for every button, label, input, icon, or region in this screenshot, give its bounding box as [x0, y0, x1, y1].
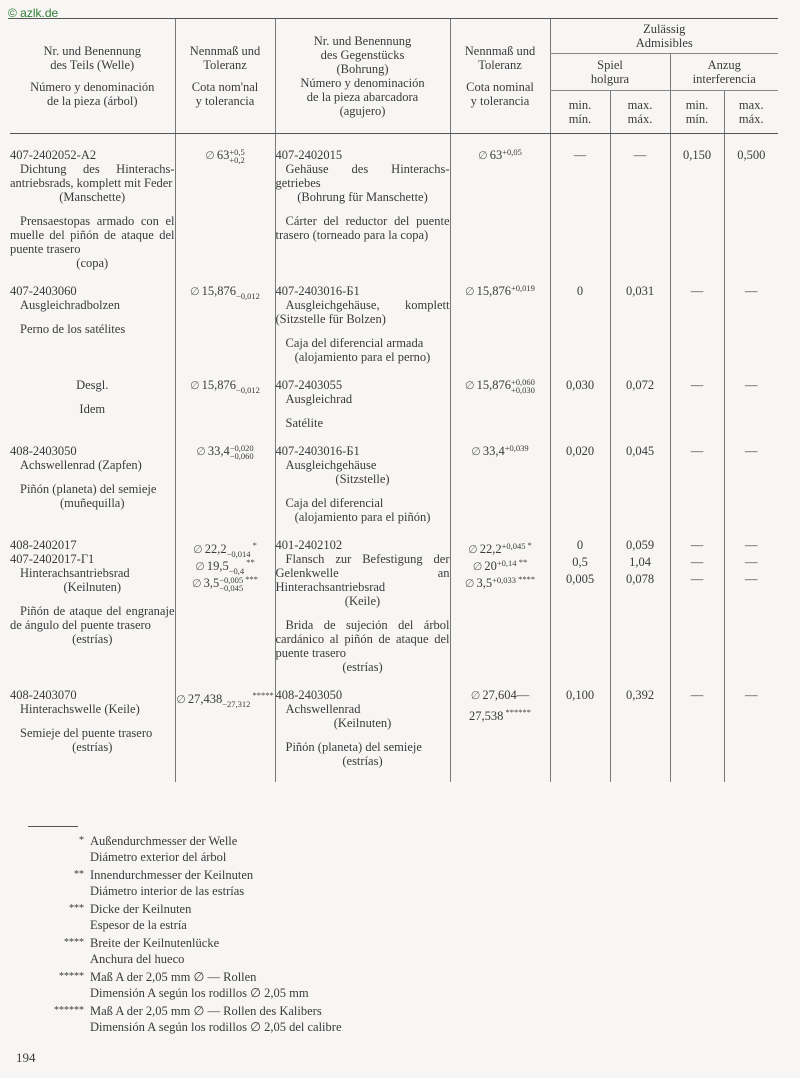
diameter-icon: ∅: [190, 285, 200, 298]
dimension: ∅63+0,5+0,2: [176, 148, 275, 165]
counterpart-cell: 401-2402102Flansch zur Befestigung der G…: [275, 538, 450, 674]
footnote-de: Außendurchmesser der Welle: [90, 833, 237, 849]
interference-max: —: [724, 688, 778, 768]
spacer: [10, 392, 175, 402]
clearance-min: 0: [550, 284, 610, 364]
description-es-note: (estrías): [10, 740, 175, 754]
footnote-mark: *: [526, 540, 532, 550]
clearance-min: 0,030: [550, 378, 610, 430]
tolerance-lower: [511, 292, 535, 300]
hole-dimension-cell: ∅15,876+0,060+0,030: [450, 378, 550, 430]
clearance-max: 0,392: [610, 688, 670, 768]
nominal-value: 27,604—: [482, 688, 529, 702]
description-es: Prensaestopas armado con el muelle del p…: [10, 214, 175, 256]
diameter-icon: ∅: [205, 149, 215, 162]
interference-max-value: —: [725, 538, 779, 555]
hole-dimension-cell: ∅33,4+0,039: [450, 444, 550, 524]
header-nominal-shaft: Nennmaß undToleranz Cota nom'naly tolera…: [175, 19, 275, 134]
footnote-text: Dicke der KeilnutenEspesor de la estría: [90, 901, 191, 933]
description-es-note: (muñequilla): [10, 496, 175, 510]
tolerance-lower: [502, 156, 522, 164]
clearance-max-value: —: [611, 148, 670, 165]
interference-max-value: 0,500: [725, 148, 779, 165]
description-es: Caja del diferencial armada: [276, 336, 450, 350]
nominal-value: 33,4: [208, 444, 230, 458]
fit-tolerance-table: Nr. und Benennungdes Teils (Welle) Númer…: [10, 18, 778, 782]
shaft-dimension-cell: ∅63+0,5+0,2: [175, 148, 275, 270]
description-es: Piñón (planeta) del semieje: [276, 740, 450, 754]
hole-dimension-cell: ∅15,876+0,019: [450, 284, 550, 364]
dimension: ∅20+0,14 **: [451, 555, 550, 572]
part-cell: 408-2402017407-2402017-Г1Hinterachsantri…: [10, 538, 175, 674]
tolerance: +0,019: [511, 284, 535, 300]
clearance-min-value: 0,005: [551, 572, 610, 589]
dimension: ∅27,438 −27,312 *****: [176, 688, 275, 705]
header-permissible: ZulässigAdmisibles: [550, 19, 778, 54]
interference-max-value: —: [725, 284, 779, 301]
header-counterpart: Nr. und Benennungdes Gegenstücks(Bohrung…: [275, 19, 450, 134]
footnote-mark: ******: [503, 707, 531, 717]
tolerance-lower: −0,012: [236, 386, 260, 394]
nominal-value: 63: [490, 148, 503, 162]
description-es-note: (alojamiento para el perno): [276, 350, 450, 364]
clearance-min: 0,100: [550, 688, 610, 768]
interference-min: ———: [670, 538, 724, 674]
tolerance: +0,033: [492, 576, 516, 592]
interference-min-value: —: [671, 284, 724, 301]
dimension: ∅3,5+0,033 ****: [451, 572, 550, 589]
table-row: 408-2403070Hinterachswelle (Keile)Semiej…: [10, 688, 778, 768]
diameter-icon: ∅: [465, 285, 475, 298]
header-nominal-hole: Nennmaß undToleranz Cota nominaly tolera…: [450, 19, 550, 134]
interference-max-value: —: [725, 444, 779, 461]
interference-min-value: —: [671, 688, 724, 705]
dimension: ∅15,876+0,019: [451, 284, 550, 301]
footnote-mark: *****: [250, 690, 273, 700]
dimension: ∅19,5 −0,4 **: [176, 555, 275, 572]
clearance-min-value: —: [551, 148, 610, 165]
counterpart-cell: 407-2403016-Б1Ausgleichgehäuse(Sitzstell…: [275, 444, 450, 524]
clearance-max: 0,045: [610, 444, 670, 524]
shaft-dimension-cell: ∅22,2 −0,014 *∅19,5 −0,4 **∅3,5−0,005−0,…: [175, 538, 275, 674]
shaft-dimension-cell: ∅27,438 −27,312 *****: [175, 688, 275, 768]
interference-max: —: [724, 284, 778, 364]
footnote-es: Diámetro exterior del árbol: [90, 849, 237, 865]
spacer: [10, 472, 175, 482]
clearance-max-value: 0,031: [611, 284, 670, 301]
tolerance: −0,012: [236, 378, 260, 394]
description-es: Piñón de ataque del engranaje de ángulo …: [10, 604, 175, 632]
part-number: 407-2402015: [276, 148, 450, 162]
interference-max: ———: [724, 538, 778, 674]
clearance-min-value: 0: [551, 284, 610, 301]
interference-min-value: —: [671, 572, 724, 589]
header-clearance: Spielholgura: [550, 54, 670, 91]
clearance-max: 0,031: [610, 284, 670, 364]
dimension-continued: 27,538 ******: [451, 705, 550, 722]
clearance-min-value: 0: [551, 538, 610, 555]
table-row: 407-2403060AusgleichradbolzenPerno de lo…: [10, 284, 778, 364]
nominal-value: 15,876: [477, 378, 511, 392]
tolerance: +0,060+0,030: [511, 378, 535, 394]
description-de-note: (Sitzstelle): [276, 472, 450, 486]
interference-min: 0,150: [670, 148, 724, 270]
spacer: [276, 486, 450, 496]
interference-min: —: [670, 378, 724, 430]
diameter-icon: ∅: [471, 445, 481, 458]
description-de: Ausgleichgehäuse, komplett (Sitzstelle f…: [276, 298, 450, 326]
footnote-es: Espesor de la estría: [90, 917, 191, 933]
footnote-mark: ***: [40, 901, 90, 933]
footnote-es: Dimensión A según los rodillos ∅ 2,05 mm: [90, 985, 309, 1001]
tolerance-lower: −0,045: [219, 584, 243, 592]
description-es: Satélite: [276, 416, 450, 430]
part-number: 407-2403060: [10, 284, 175, 298]
table-header: Nr. und Benennungdes Teils (Welle) Númer…: [10, 19, 778, 134]
part-number: 407-2403016-Б1: [276, 444, 450, 458]
dimension: ∅15,876 −0,012: [176, 378, 275, 395]
footnote-mark: **: [244, 557, 255, 567]
footnote-text: Maß A der 2,05 mm ∅ — Rollen des Kaliber…: [90, 1003, 342, 1035]
nominal-value: 15,876: [477, 284, 511, 298]
footnote-de: Maß A der 2,05 mm ∅ — Rollen: [90, 969, 309, 985]
part-number: 408-2403050: [10, 444, 175, 458]
footnote-es: Dimensión A según los rodillos ∅ 2,05 de…: [90, 1019, 342, 1035]
footnote: **Innendurchmesser der KeilnutenDiámetro…: [40, 867, 342, 899]
footnote-mark: ***: [243, 574, 258, 584]
description-es: Semieje del puente trasero: [10, 726, 175, 740]
description-de: Ausgleichradbolzen: [10, 298, 175, 312]
header-clearance-max: max.máx.: [610, 91, 670, 134]
spacer: [276, 608, 450, 618]
tolerance-lower: [505, 452, 529, 460]
shaft-dimension-cell: ∅15,876 −0,012: [175, 378, 275, 430]
part-number: 407-2403055: [276, 378, 450, 392]
footnote-mark: **: [517, 557, 528, 567]
interference-max: —: [724, 378, 778, 430]
description-es-note: (alojamiento para el piñón): [276, 510, 450, 524]
tolerance-upper: +0,019: [511, 284, 535, 292]
spacer: [276, 406, 450, 416]
nominal-value: 15,876: [202, 378, 236, 392]
description-de: Hinterachswelle (Keile): [10, 702, 175, 716]
dimension: ∅15,876 −0,012: [176, 284, 275, 301]
clearance-min-value: 0,030: [551, 378, 610, 395]
interference-max: 0,500: [724, 148, 778, 270]
hole-dimension-cell: ∅22,2+0,045 *∅20+0,14 **∅3,5+0,033 ****: [450, 538, 550, 674]
part-number: 407-2402052-A2: [10, 148, 175, 162]
header-clearance-min: min.mín.: [550, 91, 610, 134]
tolerance: −0,012: [236, 284, 260, 300]
footnote-es: Anchura del hueco: [90, 951, 219, 967]
part-cell: 408-2403070Hinterachswelle (Keile)Semiej…: [10, 688, 175, 768]
spacer: [10, 204, 175, 214]
tolerance-lower: [492, 584, 516, 592]
spacer: [10, 312, 175, 322]
tolerance-lower: +0,2: [229, 156, 244, 164]
footnotes: *Außendurchmesser der WelleDiámetro exte…: [40, 826, 342, 1037]
clearance-min: 00,50,005: [550, 538, 610, 674]
dimension: ∅22,2+0,045 *: [451, 538, 550, 555]
description-es-note: (copa): [10, 256, 175, 270]
interference-max-value: —: [725, 688, 779, 705]
table-row: 408-2403050Achswellenrad (Zapfen)Piñón (…: [10, 444, 778, 524]
description-de: Gehäuse des Hinterachs-getriebes: [276, 162, 450, 190]
part-cell: Desgl.Idem: [10, 378, 175, 430]
diameter-icon: ∅: [190, 379, 200, 392]
tolerance: +0,05: [502, 148, 522, 164]
description-de: Achswellenrad (Zapfen): [10, 458, 175, 472]
description-de-note: (Keilnuten): [10, 580, 175, 594]
tolerance: +0,5+0,2: [229, 148, 244, 164]
part-number: 407-2402017-Г1: [10, 552, 175, 566]
footnote-mark: **: [40, 867, 90, 899]
clearance-max: —: [610, 148, 670, 270]
clearance-max-value: 0,072: [611, 378, 670, 395]
clearance-max-value: 0,059: [611, 538, 670, 555]
tolerance-upper: +0,045: [502, 542, 526, 550]
spacer: [276, 326, 450, 336]
footnote-text: Innendurchmesser der KeilnutenDiámetro i…: [90, 867, 253, 899]
footnote-mark: ****: [516, 574, 535, 584]
tolerance-lower: −0,060: [230, 452, 254, 460]
counterpart-cell: 407-2403055AusgleichradSatélite: [275, 378, 450, 430]
hole-dimension-cell: ∅63+0,05: [450, 148, 550, 270]
description-es: Caja del diferencial: [276, 496, 450, 510]
dimension: ∅63+0,05: [451, 148, 550, 165]
dimension: ∅3,5−0,005−0,045 ***: [176, 572, 275, 589]
nominal-value: 3,5: [476, 576, 492, 590]
clearance-min-value: 0,100: [551, 688, 610, 705]
dimension: ∅27,604—: [451, 688, 550, 705]
dimension: ∅33,4+0,039: [451, 444, 550, 461]
footnote-mark: ******: [40, 1003, 90, 1035]
clearance-min-value: 0,020: [551, 444, 610, 461]
diameter-icon: ∅: [465, 577, 475, 590]
diameter-icon: ∅: [196, 445, 206, 458]
clearance-min-value: 0,5: [551, 555, 610, 572]
part-number: 407-2403016-Б1: [276, 284, 450, 298]
part-cell: 408-2403050Achswellenrad (Zapfen)Piñón (…: [10, 444, 175, 524]
dimension: ∅22,2 −0,014 *: [176, 538, 275, 555]
footnote-de: Maß A der 2,05 mm ∅ — Rollen des Kaliber…: [90, 1003, 342, 1019]
tolerance: −27,312: [222, 692, 250, 708]
nominal-value: 15,876: [202, 284, 236, 298]
tolerance-lower: −0,012: [236, 292, 260, 300]
clearance-max-value: 1,04: [611, 555, 670, 572]
nominal-value: 63: [217, 148, 230, 162]
table-row: Desgl.Idem∅15,876 −0,012407-2403055Ausgl…: [10, 378, 778, 430]
clearance-max-value: 0,045: [611, 444, 670, 461]
description-es: Piñón (planeta) del semieje: [10, 482, 175, 496]
diameter-icon: ∅: [471, 689, 481, 702]
part-cell: 407-2402052-A2Dichtung des Hinterachs-an…: [10, 148, 175, 270]
nominal-value: 27,438: [188, 692, 222, 706]
dimension: ∅15,876+0,060+0,030: [451, 378, 550, 395]
tolerance: −0,005−0,045: [219, 576, 243, 592]
footnote-mark: *****: [40, 969, 90, 1001]
description-es-note: (estrías): [276, 754, 450, 768]
tolerance: +0,039: [505, 444, 529, 460]
footnote-text: Außendurchmesser der WelleDiámetro exter…: [90, 833, 237, 865]
counterpart-cell: 408-2403050Achswellenrad(Keilnuten)Piñón…: [275, 688, 450, 768]
description-es: Idem: [10, 402, 175, 416]
description-de-note: (Keilnuten): [276, 716, 450, 730]
footnote: ***Dicke der KeilnutenEspesor de la estr…: [40, 901, 342, 933]
footnote-rule: [28, 826, 78, 827]
tolerance-upper: +0,033: [492, 576, 516, 584]
footnote: ****Breite der KeilnutenlückeAnchura del…: [40, 935, 342, 967]
shaft-dimension-cell: ∅15,876 −0,012: [175, 284, 275, 364]
part-number: 408-2403050: [276, 688, 450, 702]
interference-min-value: —: [671, 378, 724, 395]
description-de: Ausgleichgehäuse: [276, 458, 450, 472]
table-row: 408-2402017407-2402017-Г1Hinterachsantri…: [10, 538, 778, 674]
interference-min-value: —: [671, 555, 724, 572]
header-part: Nr. und Benennungdes Teils (Welle) Númer…: [10, 19, 175, 134]
footnote: *****Maß A der 2,05 mm ∅ — RollenDimensi…: [40, 969, 342, 1001]
interference-min-value: —: [671, 538, 724, 555]
description-de-note: (Bohrung für Manschette): [276, 190, 450, 204]
footnote-text: Maß A der 2,05 mm ∅ — RollenDimensión A …: [90, 969, 309, 1001]
interference-max-value: —: [725, 572, 779, 589]
spacer: [276, 730, 450, 740]
spacer: [10, 716, 175, 726]
nominal-value: 3,5: [204, 576, 220, 590]
description-es-note: (estrías): [10, 632, 175, 646]
tolerance-lower: +0,030: [511, 386, 535, 394]
tolerance-upper: +0,05: [502, 148, 522, 156]
description-de: Desgl.: [10, 378, 175, 392]
footnote-de: Breite der Keilnutenlücke: [90, 935, 219, 951]
description-es: Perno de los satélites: [10, 322, 175, 336]
interference-min-value: —: [671, 444, 724, 461]
clearance-max: 0,072: [610, 378, 670, 430]
dimension: ∅33,4−0,020−0,060: [176, 444, 275, 461]
table-body: 407-2402052-A2Dichtung des Hinterachs-an…: [10, 134, 778, 783]
footnote-de: Dicke der Keilnuten: [90, 901, 191, 917]
counterpart-cell: 407-2402015Gehäuse des Hinterachs-getrie…: [275, 148, 450, 270]
counterpart-cell: 407-2403016-Б1Ausgleichgehäuse, komplett…: [275, 284, 450, 364]
clearance-min: 0,020: [550, 444, 610, 524]
footnote: *Außendurchmesser der WelleDiámetro exte…: [40, 833, 342, 865]
nominal-value: 33,4: [483, 444, 505, 458]
description-de-note: (Keile): [276, 594, 450, 608]
tolerance-upper: +0,14: [497, 559, 517, 567]
footnote-de: Innendurchmesser der Keilnuten: [90, 867, 253, 883]
description-es: Cárter del reductor del puente trasero (…: [276, 214, 450, 242]
spacer: [10, 594, 175, 604]
tolerance-upper: +0,039: [505, 444, 529, 452]
description-de: Dichtung des Hinterachs-antriebsrads, ko…: [10, 162, 175, 190]
diameter-icon: ∅: [465, 379, 475, 392]
page-number: 194: [16, 1051, 36, 1065]
header-interference-max: max.máx.: [724, 91, 778, 134]
interference-min: —: [670, 688, 724, 768]
footnote-es: Diámetro interior de las estrías: [90, 883, 253, 899]
interference-max: —: [724, 444, 778, 524]
description-de: Achswellenrad: [276, 702, 450, 716]
description-es-note: (estrías): [276, 660, 450, 674]
description-de: Hinterachsantriebsrad: [10, 566, 175, 580]
clearance-max: 0,0591,040,078: [610, 538, 670, 674]
description-de: Flansch zur Befestigung der Gelenkwelle …: [276, 552, 450, 594]
interference-max-value: —: [725, 378, 779, 395]
part-cell: 407-2403060AusgleichradbolzenPerno de lo…: [10, 284, 175, 364]
description-de-note: (Manschette): [10, 190, 175, 204]
interference-min: —: [670, 444, 724, 524]
table-row: 407-2402052-A2Dichtung des Hinterachs-an…: [10, 148, 778, 270]
part-number: 408-2403070: [10, 688, 175, 702]
interference-min-value: 0,150: [671, 148, 724, 165]
footnote-mark: *: [251, 540, 257, 550]
footnote-text: Breite der KeilnutenlückeAnchura del hue…: [90, 935, 219, 967]
description-de: Ausgleichrad: [276, 392, 450, 406]
diameter-icon: ∅: [192, 577, 202, 590]
header-interference-min: min.mín.: [670, 91, 724, 134]
interference-min: —: [670, 284, 724, 364]
shaft-dimension-cell: ∅33,4−0,020−0,060: [175, 444, 275, 524]
clearance-max-value: 0,392: [611, 688, 670, 705]
spacer: [276, 204, 450, 214]
header-interference: Anzuginterferencia: [670, 54, 778, 91]
hole-dimension-cell: ∅27,604—27,538 ******: [450, 688, 550, 768]
footnote-mark: ****: [40, 935, 90, 967]
diameter-icon: ∅: [176, 693, 186, 706]
interference-max-value: —: [725, 555, 779, 572]
footnote-mark: *: [40, 833, 90, 865]
clearance-min: —: [550, 148, 610, 270]
diameter-icon: ∅: [478, 149, 488, 162]
description-es: Brida de sujeción del árbol cardánico al…: [276, 618, 450, 660]
tolerance-lower: −27,312: [222, 700, 250, 708]
part-number: 401-2402102: [276, 538, 450, 552]
part-number: 408-2402017: [10, 538, 175, 552]
clearance-max-value: 0,078: [611, 572, 670, 589]
footnote: ******Maß A der 2,05 mm ∅ — Rollen des K…: [40, 1003, 342, 1035]
tolerance: −0,020−0,060: [230, 444, 254, 460]
